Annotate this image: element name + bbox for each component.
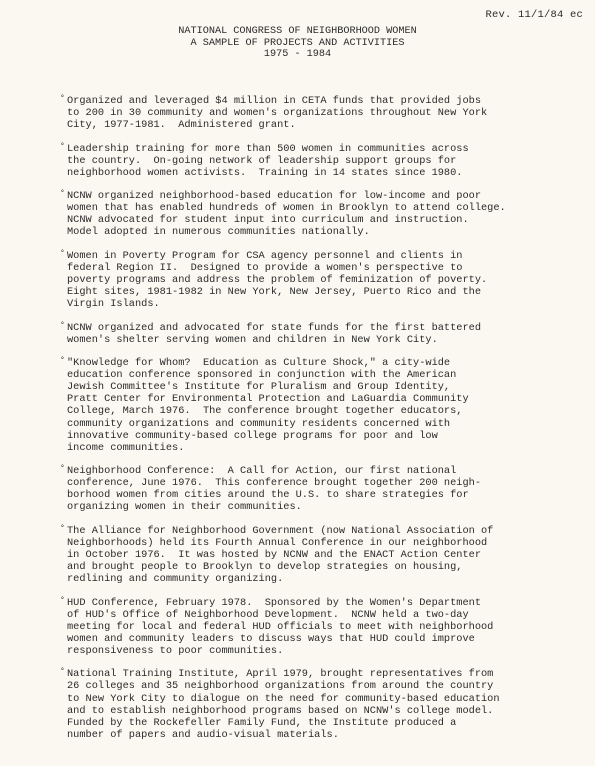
- item-text-line: Neighborhood Conference: A Call for Acti…: [67, 465, 591, 477]
- item-text-line: conference, June 1976. This conference b…: [67, 477, 591, 489]
- title-line-years: 1975 - 1984: [0, 49, 595, 61]
- item-text-line: borhood women from cities around the U.S…: [67, 489, 591, 501]
- list-item: °NCNW organized neighborhood-based educa…: [61, 190, 591, 238]
- item-text-line: of HUD's Office of Neighborhood Developm…: [67, 609, 591, 621]
- item-text-line: in October 1976. It was hosted by NCNW a…: [67, 549, 591, 561]
- item-text-line: redlining and community organizing.: [67, 573, 591, 585]
- item-text-line: Organized and leveraged $4 million in CE…: [67, 95, 591, 107]
- document-title: NATIONAL CONGRESS OF NEIGHBORHOOD WOMEN …: [0, 26, 595, 61]
- item-text-line: HUD Conference, February 1978. Sponsored…: [67, 597, 591, 609]
- item-text-line: neighborhood women activists. Training i…: [67, 167, 591, 179]
- item-text-line: responsiveness to poor communities.: [67, 645, 591, 657]
- revision-note: Rev. 11/1/84 ec: [485, 9, 583, 21]
- list-item: °The Alliance for Neighborhood Governmen…: [61, 525, 591, 585]
- list-item: °Leadership training for more than 500 w…: [61, 143, 591, 179]
- item-text-line: number of papers and audio-visual materi…: [67, 729, 591, 741]
- item-text-line: NCNW organized and advocated for state f…: [67, 322, 591, 334]
- item-text-line: Eight sites, 1981-1982 in New York, New …: [67, 286, 591, 298]
- item-text-line: The Alliance for Neighborhood Government…: [67, 525, 591, 537]
- item-text-line: poverty programs and address the problem…: [67, 274, 591, 286]
- list-item: °Women in Poverty Program for CSA agency…: [61, 250, 591, 310]
- item-text-line: income communities.: [67, 442, 591, 454]
- item-text-line: to 200 in 30 community and women's organ…: [67, 107, 591, 119]
- bullet-icon: °: [60, 463, 65, 475]
- item-text-line: the country. On-going network of leaders…: [67, 155, 591, 167]
- bullet-icon: °: [60, 188, 65, 200]
- item-text-line: women and community leaders to discuss w…: [67, 633, 591, 645]
- item-text-line: NCNW advocated for student input into cu…: [67, 214, 591, 226]
- item-text-line: education conference sponsored in conjun…: [67, 369, 591, 381]
- item-text-line: meeting for local and federal HUD offici…: [67, 621, 591, 633]
- item-text-line: innovative community-based college progr…: [67, 430, 591, 442]
- title-line-subtitle: A SAMPLE OF PROJECTS AND ACTIVITIES: [0, 38, 595, 50]
- title-line-organization: NATIONAL CONGRESS OF NEIGHBORHOOD WOMEN: [0, 26, 595, 38]
- item-text-line: National Training Institute, April 1979,…: [67, 668, 591, 680]
- bullet-icon: °: [60, 141, 65, 153]
- item-text-line: Jewish Committee's Institute for Plurali…: [67, 381, 591, 393]
- bullet-icon: °: [60, 320, 65, 332]
- item-text-line: City, 1977-1981. Administered grant.: [67, 119, 591, 131]
- item-text-line: organizing women in their communities.: [67, 501, 591, 513]
- list-item: °National Training Institute, April 1979…: [61, 668, 591, 741]
- item-text-line: Neighborhoods) held its Fourth Annual Co…: [67, 537, 591, 549]
- bullet-icon: °: [60, 666, 65, 678]
- item-text-line: Model adopted in numerous communities na…: [67, 226, 591, 238]
- item-text-line: to New York City to dialogue on the need…: [67, 693, 591, 705]
- bullet-icon: °: [60, 595, 65, 607]
- item-text-line: Pratt Center for Environmental Protectio…: [67, 393, 591, 405]
- item-text-line: Women in Poverty Program for CSA agency …: [67, 250, 591, 262]
- item-text-line: women's shelter serving women and childr…: [67, 334, 591, 346]
- list-item: °HUD Conference, February 1978. Sponsore…: [61, 597, 591, 657]
- bullet-icon: °: [60, 93, 65, 105]
- document-page: Rev. 11/1/84 ec NATIONAL CONGRESS OF NEI…: [0, 0, 595, 766]
- item-text-line: Leadership training for more than 500 wo…: [67, 143, 591, 155]
- list-item: °Organized and leveraged $4 million in C…: [61, 95, 591, 131]
- bullet-icon: °: [60, 248, 65, 260]
- list-item: °NCNW organized and advocated for state …: [61, 322, 591, 346]
- item-text-line: Funded by the Rockefeller Family Fund, t…: [67, 717, 591, 729]
- item-text-line: women that has enabled hundreds of women…: [67, 202, 591, 214]
- item-text-line: College, March 1976. The conference brou…: [67, 405, 591, 417]
- item-text-line: "Knowledge for Whom? Education as Cultur…: [67, 357, 591, 369]
- item-text-line: and to establish neighborhood programs b…: [67, 705, 591, 717]
- activities-list: °Organized and leveraged $4 million in C…: [61, 95, 591, 752]
- list-item: °Neighborhood Conference: A Call for Act…: [61, 465, 591, 513]
- item-text-line: Virgin Islands.: [67, 298, 591, 310]
- item-text-line: federal Region II. Designed to provide a…: [67, 262, 591, 274]
- list-item: °"Knowledge for Whom? Education as Cultu…: [61, 357, 591, 454]
- item-text-line: and brought people to Brooklyn to develo…: [67, 561, 591, 573]
- item-text-line: NCNW organized neighborhood-based educat…: [67, 190, 591, 202]
- bullet-icon: °: [60, 523, 65, 535]
- item-text-line: 26 colleges and 35 neighborhood organiza…: [67, 680, 591, 692]
- item-text-line: community organizations and community re…: [67, 418, 591, 430]
- bullet-icon: °: [60, 355, 65, 367]
